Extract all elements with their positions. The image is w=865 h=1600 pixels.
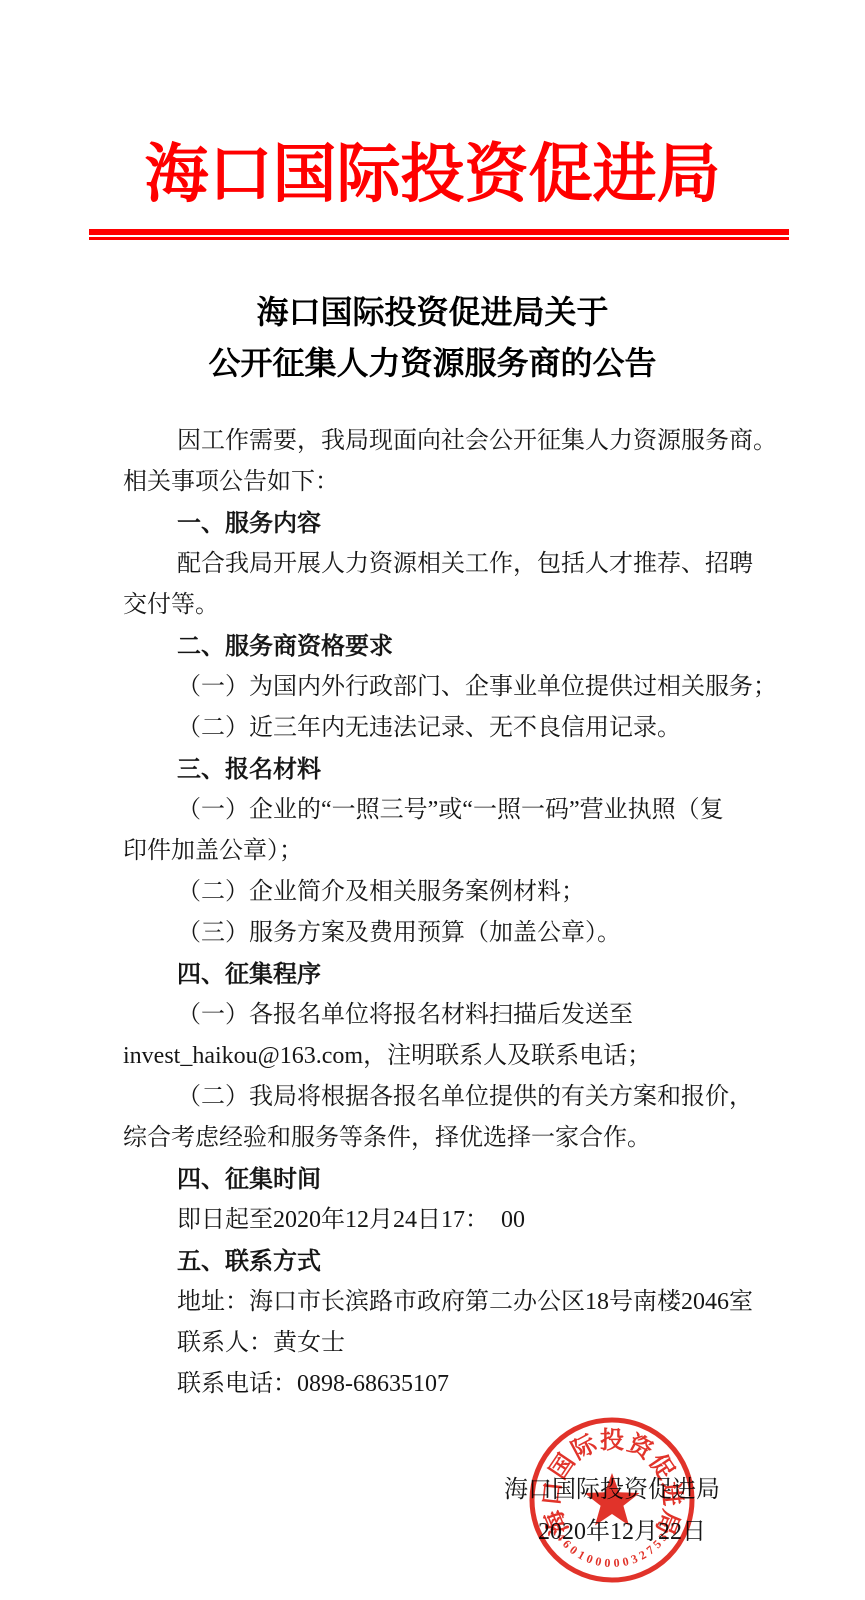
paragraph-line: 印件加盖公章）； bbox=[123, 831, 783, 872]
paragraph-line: （一）企业的“一照三号”或“一照一码”营业执照（复 bbox=[123, 790, 783, 831]
paragraph-line: 联系电话：0898-68635107 bbox=[123, 1364, 783, 1405]
seal-serial-digit: 0 bbox=[621, 1554, 630, 1569]
star-icon bbox=[584, 1473, 639, 1526]
body-paragraphs: 因工作需要，我局现面向社会公开征集人力资源服务商。相关事项公告如下：一、服务内容… bbox=[123, 421, 783, 1405]
document-title-line2: 公开征集人力资源服务商的公告 bbox=[0, 338, 865, 389]
divider-thin-rule bbox=[89, 237, 789, 240]
section-heading: 一、服务内容 bbox=[123, 503, 783, 544]
seal-serial-digit: 0 bbox=[613, 1556, 620, 1570]
official-seal: 海口国际投资促进局46010000032753 bbox=[527, 1415, 697, 1585]
paragraph-line: 地址：海口市长滨路市政府第二办公区18号南楼2046室 bbox=[123, 1282, 783, 1323]
paragraph-line: （一）各报名单位将报名材料扫描后发送至 bbox=[123, 995, 783, 1036]
seal-ring-char: 海 bbox=[539, 1505, 573, 1538]
paragraph-line: invest_haikou@163.com，注明联系人及联系电话； bbox=[123, 1036, 783, 1077]
paragraph-line: （二）我局将根据各报名单位提供的有关方案和报价， bbox=[123, 1077, 783, 1118]
seal-ring-char: 投 bbox=[600, 1427, 624, 1454]
document-title: 海口国际投资促进局关于 公开征集人力资源服务商的公告 bbox=[0, 287, 865, 389]
seal-ring-char: 局 bbox=[650, 1506, 684, 1538]
section-heading: 三、报名材料 bbox=[123, 749, 783, 790]
section-heading: 二、服务商资格要求 bbox=[123, 626, 783, 667]
document-title-line1: 海口国际投资促进局关于 bbox=[0, 287, 865, 338]
seal-serial-digit: 0 bbox=[594, 1554, 603, 1569]
paragraph-line: （三）服务方案及费用预算（加盖公章）。 bbox=[123, 913, 783, 954]
paragraph-line: 联系人：黄女士 bbox=[123, 1323, 783, 1364]
seal-ring-char: 口 bbox=[539, 1481, 567, 1508]
paragraph-line: 配合我局开展人力资源相关工作，包括人才推荐、招聘 bbox=[123, 544, 783, 585]
section-heading: 四、征集程序 bbox=[123, 954, 783, 995]
document-page: 海口国际投资促进局 海口国际投资促进局关于 公开征集人力资源服务商的公告 因工作… bbox=[0, 0, 865, 1600]
seal-ring-char: 进 bbox=[656, 1480, 685, 1507]
paragraph-line: （二）企业简介及相关服务案例材料； bbox=[123, 872, 783, 913]
letterhead-divider-line bbox=[89, 229, 789, 240]
paragraph-line: 交付等。 bbox=[123, 585, 783, 626]
seal-serial-digit: 0 bbox=[584, 1551, 595, 1566]
section-heading: 五、联系方式 bbox=[123, 1241, 783, 1282]
paragraph-line: 即日起至2020年12月24日17： 00 bbox=[123, 1200, 783, 1241]
letterhead-org-title: 海口国际投资促进局 bbox=[0, 143, 865, 207]
paragraph-line: 综合考虑经验和服务等条件，择优选择一家合作。 bbox=[123, 1118, 783, 1159]
paragraph-line: 因工作需要，我局现面向社会公开征集人力资源服务商。 bbox=[123, 421, 783, 462]
paragraph-line: 相关事项公告如下： bbox=[123, 462, 783, 503]
seal-serial-digit: 0 bbox=[604, 1556, 611, 1570]
paragraph-line: （二）近三年内无违法记录、无不良信用记录。 bbox=[123, 708, 783, 749]
paragraph-line: （一）为国内外行政部门、企事业单位提供过相关服务； bbox=[123, 667, 783, 708]
section-heading: 四、征集时间 bbox=[123, 1159, 783, 1200]
